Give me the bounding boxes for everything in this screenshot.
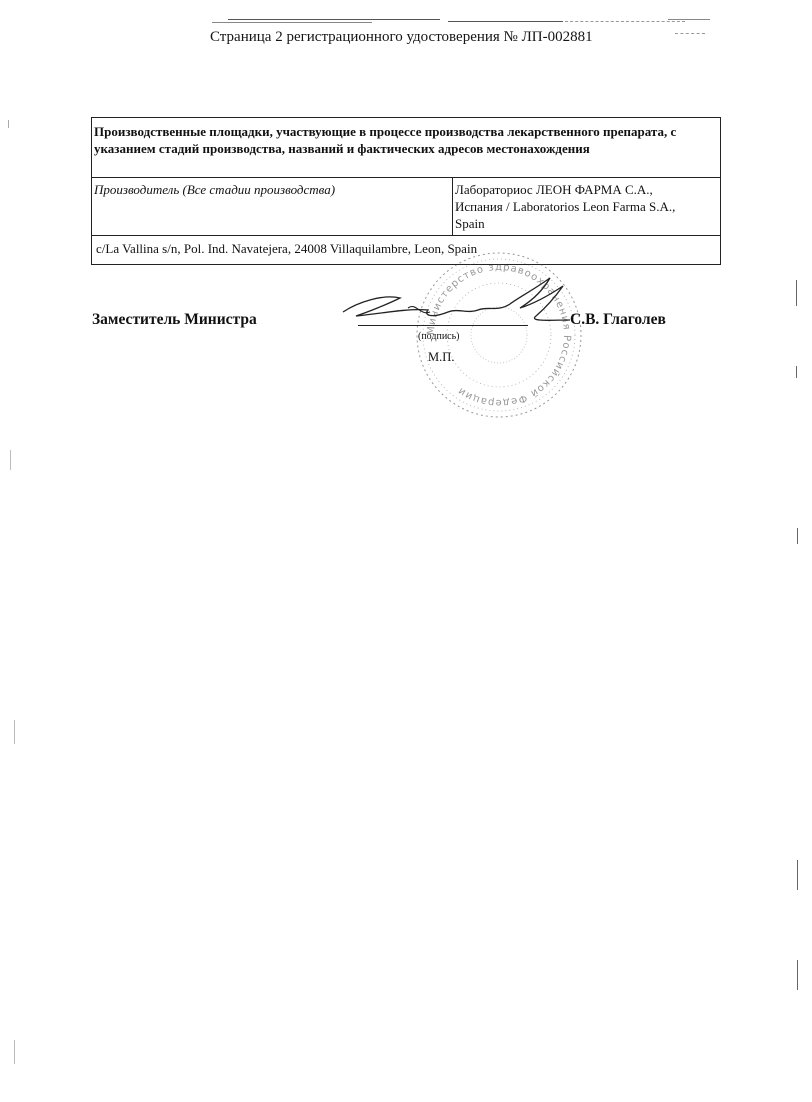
scan-line: [668, 19, 710, 20]
table-row: c/La Vallina s/n, Pol. Ind. Navatejera, …: [92, 236, 721, 265]
scan-noise: [8, 120, 9, 128]
handwritten-signature-icon: [338, 272, 588, 332]
scan-line: [448, 21, 563, 22]
manufacturer-name-cell: Лабораториос ЛЕОН ФАРМА С.А., Испания / …: [453, 178, 721, 236]
production-stage-cell: Производитель (Все стадии производства): [92, 178, 453, 236]
manufacturer-name-line: Лабораториос ЛЕОН ФАРМА С.А.,: [455, 181, 718, 198]
scan-line: [228, 19, 440, 20]
document-page: Страница 2 регистрационного удостоверени…: [0, 0, 812, 1102]
scan-noise: [14, 1040, 15, 1064]
manufacturer-address-cell: c/La Vallina s/n, Pol. Ind. Navatejera, …: [92, 236, 721, 265]
scan-noise: [796, 280, 797, 306]
scan-noise: [797, 528, 798, 544]
scan-noise: [797, 860, 798, 890]
scan-line: [565, 21, 685, 23]
signature-line: [358, 325, 528, 326]
signer-position: Заместитель Министра: [92, 311, 257, 329]
page-header: Страница 2 регистрационного удостоверени…: [210, 29, 593, 46]
table-header-cell: Производственные площадки, участвующие в…: [92, 118, 721, 178]
signature-caption: (подпись): [418, 331, 460, 342]
manufacturer-name-line: Испания / Laboratorios Leon Farma S.A.,: [455, 198, 718, 215]
manufacturer-name-line: Spain: [455, 215, 718, 232]
scan-noise: [797, 960, 798, 990]
signer-name: С.В. Глаголев: [570, 311, 666, 329]
table-header-row: Производственные площадки, участвующие в…: [92, 118, 721, 178]
scan-line: [675, 33, 705, 35]
scan-noise: [14, 720, 15, 744]
stamp-place-label: М.П.: [428, 350, 454, 365]
scan-noise: [796, 366, 797, 378]
production-sites-table: Производственные площадки, участвующие в…: [91, 117, 721, 265]
scan-noise: [10, 450, 11, 470]
scan-line: [212, 22, 372, 23]
table-row: Производитель (Все стадии производства) …: [92, 178, 721, 236]
